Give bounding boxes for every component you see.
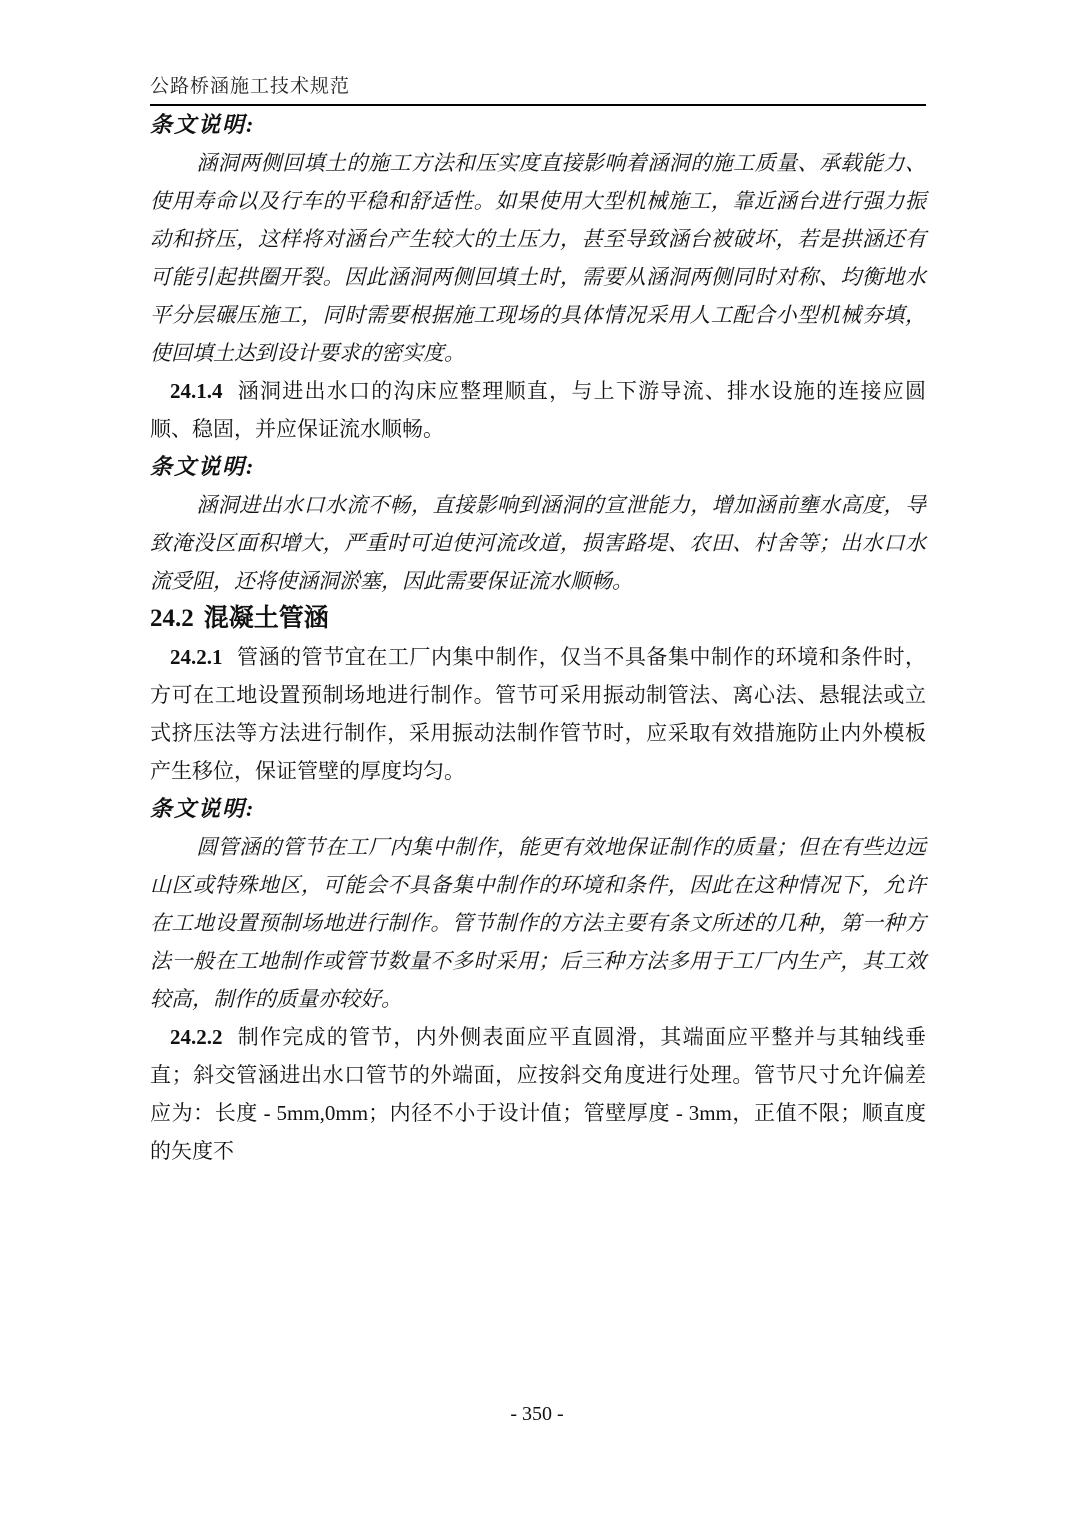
- page-header: 公路桥涵施工技术规范: [150, 0, 926, 106]
- page-footer: - 350 -: [0, 1402, 1074, 1426]
- clause-text-24-1-4: 涵洞进出水口的沟床应整理顺直，与上下游导流、排水设施的连接应圆顺、稳固，并应保证…: [150, 379, 926, 441]
- clause-text-24-2-1: 管涵的管节宜在工厂内集中制作，仅当不具备集中制作的环境和条件时，方可在工地设置预…: [150, 645, 926, 783]
- clause-24-2-2: 24.2.2制作完成的管节，内外侧表面应平直圆滑，其端面应平整并与其轴线垂直；斜…: [150, 1018, 926, 1170]
- document-page: 公路桥涵施工技术规范 条文说明: 涵洞两侧回填土的施工方法和压实度直接影响着涵洞…: [0, 0, 1074, 1520]
- clause-text-24-2-2: 制作完成的管节，内外侧表面应平直圆滑，其端面应平整并与其轴线垂直；斜交管涵进出水…: [150, 1025, 926, 1163]
- page-body: 条文说明: 涵洞两侧回填土的施工方法和压实度直接影响着涵洞的施工质量、承载能力、…: [150, 106, 926, 1170]
- clause-number-24-2-1: 24.2.1: [170, 645, 223, 669]
- commentary-paragraph-2: 涵洞进出水口水流不畅，直接影响到涵洞的宣泄能力，增加涵前壅水高度，导致淹没区面积…: [150, 486, 926, 600]
- running-header-title: 公路桥涵施工技术规范: [150, 76, 926, 98]
- clause-number-24-1-4: 24.1.4: [170, 379, 223, 403]
- section-heading-24-2: 24.2混凝土管涵: [150, 600, 926, 638]
- commentary-paragraph-3: 圆管涵的管节在工厂内集中制作，能更有效地保证制作的质量；但在有些边远山区或特殊地…: [150, 828, 926, 1018]
- section-heading-number: 24.2: [150, 605, 194, 632]
- clause-24-1-4: 24.1.4涵洞进出水口的沟床应整理顺直，与上下游导流、排水设施的连接应圆顺、稳…: [150, 372, 926, 448]
- commentary-label-2: 条文说明:: [150, 448, 926, 486]
- clause-number-24-2-2: 24.2.2: [170, 1025, 223, 1049]
- clause-24-2-1: 24.2.1管涵的管节宜在工厂内集中制作，仅当不具备集中制作的环境和条件时，方可…: [150, 638, 926, 790]
- commentary-label-1: 条文说明:: [150, 106, 926, 144]
- section-heading-title: 混凝土管涵: [204, 605, 329, 632]
- commentary-label-3: 条文说明:: [150, 790, 926, 828]
- page-number: - 350 -: [510, 1403, 563, 1425]
- commentary-paragraph-1: 涵洞两侧回填土的施工方法和压实度直接影响着涵洞的施工质量、承载能力、使用寿命以及…: [150, 144, 926, 372]
